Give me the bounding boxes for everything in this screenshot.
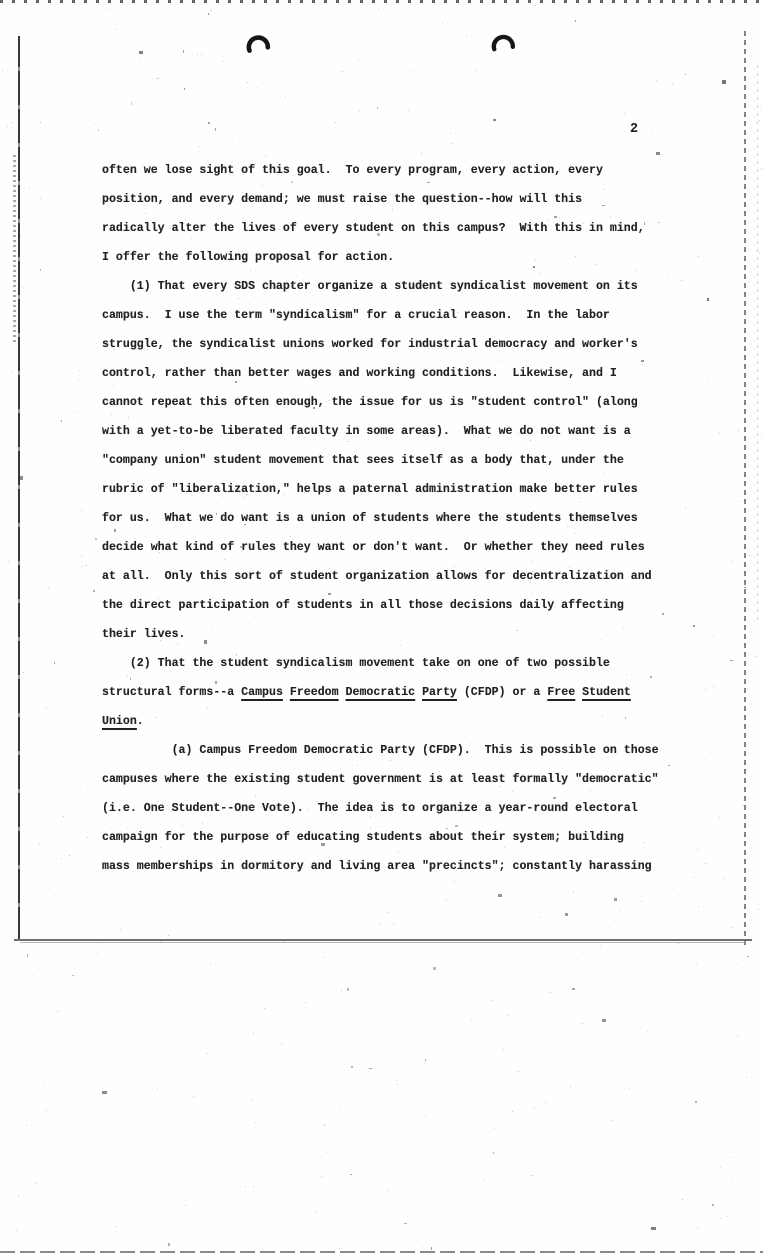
text-line: I offer the following proposal for actio…: [102, 243, 742, 272]
text-line: (a) Campus Freedom Democratic Party (CFD…: [102, 736, 742, 765]
page-bottom-rule-shadow: [20, 942, 746, 943]
text-line: the direct participation of students in …: [102, 591, 742, 620]
text-line: "company union" student movement that se…: [102, 446, 742, 475]
text-line: campus. I use the term "syndicalism" for…: [102, 301, 742, 330]
text-line: (2) That the student syndicalism movemen…: [102, 649, 742, 678]
text-line: cannot repeat this often enough, the iss…: [102, 388, 742, 417]
top-edge-perforation-dots: [0, 0, 763, 3]
text-line: rubric of "liberalization," helps a pate…: [102, 475, 742, 504]
binder-hole-mark-icon: [245, 31, 271, 55]
scanned-document-page: 2 often we lose sight of this goal. To e…: [0, 0, 763, 1260]
text-line: Union.: [102, 707, 742, 736]
text-line: struggle, the syndicalist unions worked …: [102, 330, 742, 359]
document-body: often we lose sight of this goal. To eve…: [102, 156, 742, 881]
page-bottom-rule: [14, 939, 752, 941]
text-line: campuses where the existing student gove…: [102, 765, 742, 794]
binder-hole-mark-icon: [491, 30, 517, 54]
page-number: 2: [630, 122, 638, 137]
text-line: for us. What we do want is a union of st…: [102, 504, 742, 533]
text-line: mass memberships in dormitory and living…: [102, 852, 742, 881]
bottom-edge-dashed-line: [0, 1251, 763, 1253]
text-line: position, and every demand; we must rais…: [102, 185, 742, 214]
left-edge-rule: [18, 36, 20, 941]
text-line: (i.e. One Student--One Vote). The idea i…: [102, 794, 742, 823]
text-line: campaign for the purpose of educating st…: [102, 823, 742, 852]
right-edge-rule: [744, 28, 746, 945]
text-line: often we lose sight of this goal. To eve…: [102, 156, 742, 185]
left-margin-smudge: [13, 152, 16, 342]
text-line: radically alter the lives of every stude…: [102, 214, 742, 243]
text-line: structural forms--a Campus Freedom Democ…: [102, 678, 742, 707]
text-line: with a yet-to-be liberated faculty in so…: [102, 417, 742, 446]
right-edge-faint-rule: [757, 60, 758, 620]
text-line: control, rather than better wages and wo…: [102, 359, 742, 388]
text-line: their lives.: [102, 620, 742, 649]
text-line: decide what kind of rules they want or d…: [102, 533, 742, 562]
text-line: (1) That every SDS chapter organize a st…: [102, 272, 742, 301]
text-line: at all. Only this sort of student organi…: [102, 562, 742, 591]
